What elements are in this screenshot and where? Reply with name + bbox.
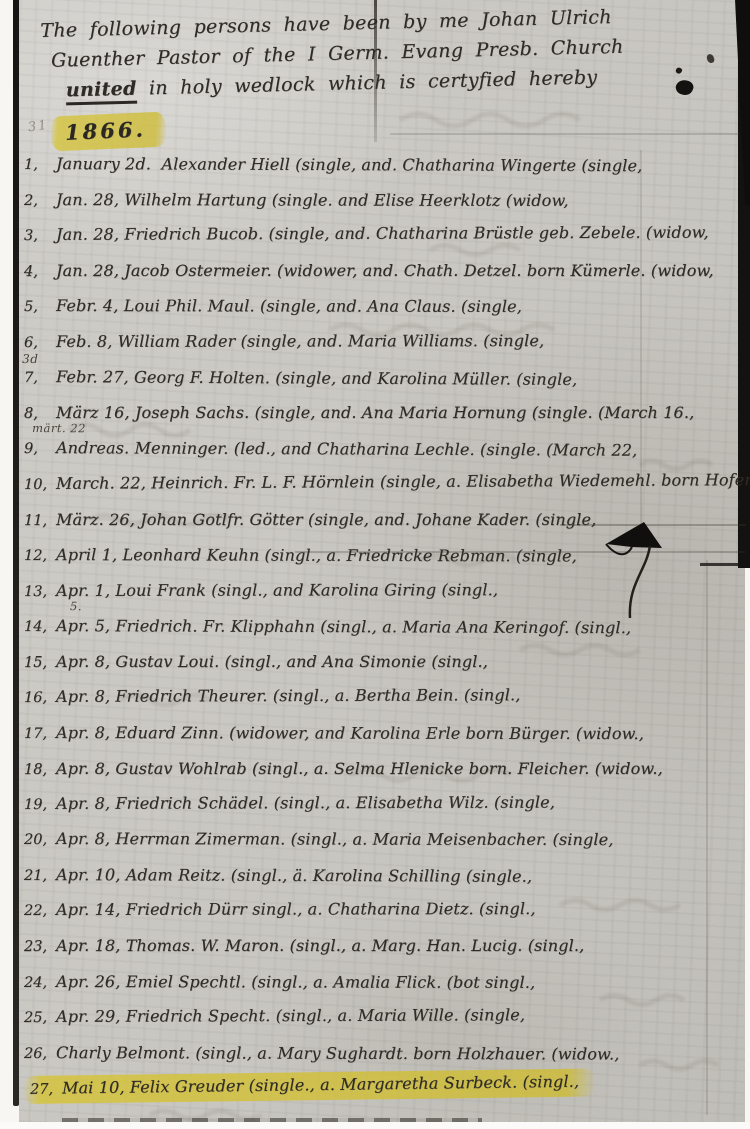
entry-number: 21, (24, 868, 56, 884)
entry-number: 27, (30, 1081, 62, 1097)
entry-text: Apr. 29, Friedrich Specht. (singl., a. M… (56, 1006, 525, 1027)
entry-number: 15, (24, 655, 56, 671)
register-entry: 2,Jan. 28, Wilhelm Hartung (single. and … (24, 182, 742, 219)
scan-bottom-margin (0, 1122, 750, 1129)
entry-number: 12, (24, 548, 56, 564)
entry-margin-note: 3d (22, 352, 38, 366)
entry-number: 4, (24, 264, 56, 280)
scan-left-border (13, 0, 19, 1106)
entry-number: 14, (24, 619, 56, 635)
register-entry: 20,Apr. 8, Herrman Zimerman. (singl., a.… (24, 821, 742, 858)
entry-text: Feb. 8, William Rader (single, and. Mari… (56, 331, 544, 351)
entry-number: 23, (24, 939, 56, 955)
entry-number: 7, (24, 371, 56, 387)
register-entry: 18,Apr. 8, Gustav Wohlrab (singl., a. Se… (24, 750, 742, 786)
register-entry: 24,Apr. 26, Emiel Spechtl. (singl., a. A… (24, 964, 742, 1001)
entry-number: 1, (24, 157, 56, 173)
margin-pencil-note: 31 (27, 118, 49, 136)
entry-text: Apr. 5, Friedrich. Fr. Klipphahn (singl.… (56, 616, 631, 637)
register-entry: 8,März 16, Joseph Sachs. (single, and. A… (24, 395, 742, 431)
register-entry: 23,Apr. 18, Thomas. W. Maron. (singl., a… (24, 928, 742, 964)
entry-text: Febr. 4, Loui Phil. Maul. (single, and. … (56, 297, 522, 317)
entry-text: Apr. 26, Emiel Spechtl. (singl., a. Amal… (56, 972, 535, 992)
entry-number: 8, (24, 406, 56, 422)
entry-text: Andreas. Menninger. (led., and Chatharin… (56, 439, 637, 461)
entry-text: Febr. 27, Georg F. Holten. (single, and … (56, 368, 577, 390)
entry-text: Apr. 8, Friedrich Theurer. (singl., a. B… (56, 686, 521, 707)
entry-text: January 2d. Alexander Hiell (single, and… (56, 154, 643, 175)
entry-number: 11, (24, 513, 56, 529)
register-entry: 3,Jan. 28, Friedrich Bucob. (single, and… (24, 215, 742, 253)
register-entry: 12,April 1, Leonhard Keuhn (singl., a. F… (24, 537, 742, 574)
entry-text: März 16, Joseph Sachs. (single, and. Ana… (56, 403, 694, 422)
entry-text: Jan. 28, Friedrich Bucob. (single, and. … (56, 223, 709, 244)
fold-crease-horizontal (390, 133, 740, 135)
entry-text: Apr. 8, Gustav Loui. (singl., and Ana Si… (56, 652, 488, 671)
register-entry: 4,Jan. 28, Jacob Ostermeier. (widower, a… (24, 253, 742, 289)
register-entry: 13,Apr. 1, Loui Frank (singl., and Karol… (24, 571, 742, 608)
register-entry: 27,Mai 10, Felix Greuder (single., a. Ma… (24, 1066, 742, 1106)
register-entry: 10,March. 22, Heinrich. Fr. L. F. Hörnle… (24, 462, 742, 501)
entry-number: 16, (24, 690, 56, 706)
register-entry: 21,Apr. 10, Adam Reitz. (singl., ä. Karo… (24, 857, 742, 895)
entry-number: 3, (24, 228, 56, 244)
register-header: The following persons have been by me Jo… (40, 0, 722, 106)
entry-number: 18, (24, 762, 56, 778)
entry-number: 10, (24, 477, 56, 493)
register-entry: 17,Apr. 8, Eduard Zinn. (widower, and Ka… (24, 715, 742, 752)
register-entry: 25,Apr. 29, Friedrich Specht. (singl., a… (24, 997, 742, 1035)
register-entry: 5,Febr. 4, Loui Phil. Maul. (single, and… (24, 288, 742, 325)
entry-text: Charly Belmont. (singl., a. Mary Sughard… (56, 1043, 620, 1063)
entry-text: April 1, Leonhard Keuhn (singl., a. Frie… (56, 545, 577, 565)
year-section: 311866. (28, 114, 165, 149)
entry-number: 17, (24, 726, 56, 742)
entry-number: 25, (24, 1010, 56, 1026)
united-underlined: united (66, 78, 137, 106)
entry-text: Apr. 18, Thomas. W. Maron. (singl., a. M… (56, 936, 584, 955)
entry-margin-note: 5. (70, 599, 82, 613)
entry-margin-note: märt. 22 (32, 421, 86, 435)
entry-text: Jan. 28, Wilhelm Hartung (single. and El… (56, 190, 569, 210)
entry-text: Apr. 1, Loui Frank (singl., and Karolina… (56, 580, 498, 600)
entry-number: 5, (24, 299, 56, 315)
entry-number: 20, (24, 833, 56, 849)
entry-number: 13, (24, 584, 56, 600)
entry-text: Apr. 8, Friedrich Schädel. (singl., a. E… (56, 793, 555, 813)
entry-text: Apr. 8, Herrman Zimerman. (singl., a. Ma… (56, 830, 614, 850)
entry-number: 2, (24, 193, 56, 209)
register-entry: 6,Feb. 8, William Rader (single, and. Ma… (24, 322, 742, 359)
entry-number: 26, (24, 1046, 56, 1062)
register-entry: 19,Apr. 8, Friedrich Schädel. (singl., a… (24, 784, 742, 821)
register-entries-list: 1,January 2d. Alexander Hiell (single, a… (24, 146, 742, 1106)
register-entry: 1,January 2d. Alexander Hiell (single, a… (24, 146, 742, 184)
register-entry: 22,Apr. 14, Friedrich Dürr singl., a. Ch… (24, 891, 742, 928)
register-entry: 11,März. 26, Johan Gotlfr. Götter (singl… (24, 501, 742, 537)
entry-number: 22, (24, 904, 56, 920)
entry-text: März. 26, Johan Gotlfr. Götter (single, … (56, 510, 596, 529)
entry-number: 9, (24, 442, 56, 458)
register-entry: 7,Febr. 27, Georg F. Holten. (single, an… (24, 359, 742, 398)
entry-number: 24, (24, 975, 56, 991)
entry-text: Jan. 28, Jacob Ostermeier. (widower, and… (56, 261, 714, 280)
register-entry: 16,Apr. 8, Friedrich Theurer. (singl., a… (24, 677, 742, 715)
entry-text: Apr. 10, Adam Reitz. (singl., ä. Karolin… (56, 865, 532, 886)
entry-text: March. 22, Heinrich. Fr. L. F. Hörnlein … (56, 470, 750, 493)
entry-text: Apr. 8, Gustav Wohlrab (singl., a. Selma… (56, 759, 663, 778)
entry-text: Apr. 14, Friedrich Dürr singl., a. Chath… (56, 900, 536, 920)
entry-text: Apr. 8, Eduard Zinn. (widower, and Karol… (56, 723, 644, 743)
entry-text: Mai 10, Felix Greuder (single., a. Marga… (62, 1072, 579, 1098)
entry-number: 19, (24, 797, 56, 813)
register-entry: 15,Apr. 8, Gustav Loui. (singl., and Ana… (24, 644, 742, 680)
register-entry: 14,Apr. 5, Friedrich. Fr. Klipphahn (sin… (24, 608, 742, 646)
entry-number: 6, (24, 335, 56, 351)
